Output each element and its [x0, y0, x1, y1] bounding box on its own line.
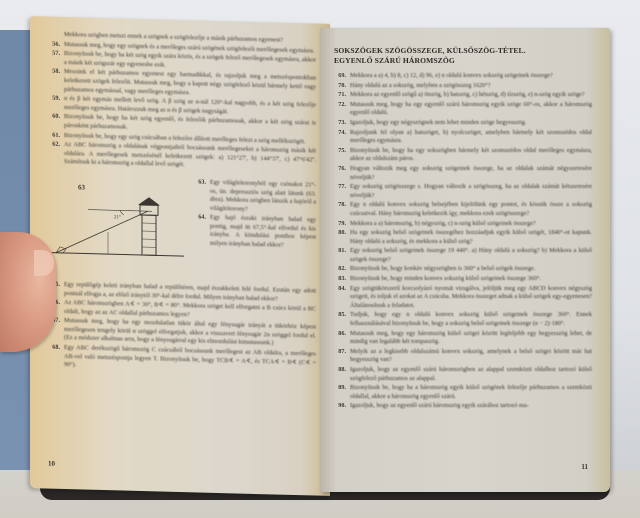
exercise-text: Igazoljuk, hogy az egyenlő szárú háromsz…: [350, 366, 592, 383]
lighthouse-figure: 6321°: [48, 174, 188, 278]
exercise-number: 80.: [334, 229, 350, 246]
exercise-number: 60.: [48, 113, 64, 131]
exercise-text: Egy sokszög szögösszege s. Hogyan változ…: [350, 183, 592, 200]
exercise-text: Tudjuk, hogy egy n oldalú konvex sokszög…: [350, 311, 592, 328]
lighthouse-diagram-icon: 21°: [48, 174, 188, 278]
exercise-number: 61.: [48, 131, 64, 140]
exercise-item: 86. Mutassuk meg, hogy egy háromszög kül…: [334, 330, 592, 347]
exercise-text: Egy világítótoronyból egy csónakot 21°-o…: [210, 179, 316, 216]
exercise-number: 83.: [334, 275, 350, 284]
exercise-text: Igazoljuk, hogy egy négyszögnek nem lehe…: [350, 119, 592, 128]
exercise-number: 90.: [334, 402, 350, 411]
exercise-text: Egy szögtükörszerű korcsolyázó nyomát vi…: [350, 285, 592, 311]
exercise-item: 84. Egy szögtükörszerű korcsolyázó nyomá…: [334, 285, 592, 311]
exercise-number: [48, 31, 64, 40]
figure-row: 6321° 63. Egy világítótoronyból egy csón…: [48, 174, 316, 281]
exercise-item: 74. Rajzoljunk fel olyan a) hatszöget, b…: [334, 129, 592, 146]
exercise-text: Hogyan változik meg egy sokszög szögeine…: [350, 165, 592, 182]
exercise-number: 63.: [194, 178, 210, 213]
exercise-item: 78. Egy n oldalú konvex sokszög belsejéb…: [334, 201, 592, 218]
exercise-text: Bizonyítsuk be, hogy ha egy sokszögben b…: [350, 147, 592, 164]
exercise-number: 62.: [48, 141, 64, 167]
exercise-item: 64. Egy hajó északi irányban halad egy p…: [194, 214, 316, 252]
exercise-number: 79.: [334, 220, 350, 229]
right-page-number: 11: [581, 463, 588, 472]
exercise-number: 86.: [334, 330, 350, 347]
exercise-text: Mekkora a a) háromszög, b) négyszög, c) …: [350, 220, 592, 229]
exercise-number: 70.: [334, 82, 350, 91]
svg-text:21°: 21°: [114, 215, 121, 220]
exercise-number: 56.: [48, 40, 64, 49]
exercise-number: 88.: [334, 366, 350, 383]
exercise-text: Egy n oldalú konvex sokszög belsejében k…: [350, 201, 592, 218]
exercise-text: Bizonyítsuk be, hogy minden konvex soksz…: [350, 275, 592, 284]
exercise-number: 81.: [334, 247, 350, 264]
exercise-text: Hány oldalú az a sokszög, melyben a szög…: [350, 82, 592, 91]
exercise-item: 76. Hogyan változik meg egy sokszög szög…: [334, 165, 592, 182]
exercise-number: 68.: [48, 344, 64, 370]
exercise-number: 76.: [334, 165, 350, 182]
left-page-number: 10: [48, 460, 55, 469]
exercise-item: 69. Mekkora a a) 4, b) 8, c) 12, d) 96, …: [334, 72, 592, 81]
chapter-heading: SOKSZÖGEK SZÖGÖSSZEGE, KÜLSŐSZÖG-TÉTEL. …: [334, 46, 592, 66]
exercise-item: 73. Igazoljuk, hogy egy négyszögnek nem …: [334, 119, 592, 128]
exercise-text: Rajzoljunk fel olyan a) hatszöget, b) ny…: [350, 129, 592, 146]
exercise-item: 79. Mekkora a a) háromszög, b) négyszög,…: [334, 220, 592, 229]
right-page-content: SOKSZÖGEK SZÖGÖSSZEGE, KÜLSŐSZÖG-TÉTEL. …: [334, 46, 592, 412]
exercise-text: Bizonyítsuk be, hogy konkáv négyszögben …: [350, 265, 592, 274]
exercise-list: 69. Mekkora a a) 4, b) 8, c) 12, d) 96, …: [334, 72, 592, 411]
exercise-item: 85. Tudjuk, hogy egy n oldalú konvex sok…: [334, 311, 592, 328]
exercise-text: Bizonyítsuk be, hogy ha a háromszög egyi…: [350, 384, 592, 401]
exercise-number: 64.: [194, 214, 210, 249]
left-page-content: Mekkora szögben metszi ennek a szögnek a…: [48, 31, 316, 378]
exercise-item: 70. Hány oldalú az a sokszög, melyben a …: [334, 82, 592, 91]
exercise-item: 82. Bizonyítsuk be, hogy konkáv négyszög…: [334, 265, 592, 274]
exercise-item: 80. Ha egy sokszög belső szögeinek össze…: [334, 229, 592, 246]
exercise-item: 72. Mutassuk meg, hogy ha egy egyenlő sz…: [334, 101, 592, 118]
exercise-item: 83. Bizonyítsuk be, hogy minden konvex s…: [334, 275, 592, 284]
exercise-text: Egy hajó északi irányban halad egy ponti…: [210, 214, 316, 251]
exercise-text: Igazoljuk, hogy az egyenlő szárú háromsz…: [350, 402, 592, 411]
exercise-number: 57.: [48, 50, 64, 68]
exercise-item: 87. Melyik az a legkisebb oldalszámú kon…: [334, 348, 592, 365]
exercise-number: 59.: [48, 95, 64, 113]
exercise-item: 63. Egy világítótoronyból egy csónakot 2…: [194, 178, 316, 216]
exercise-item: 75. Bizonyítsuk be, hogy ha egy sokszögb…: [334, 147, 592, 164]
exercise-number: 58.: [48, 68, 64, 94]
exercise-number: 84.: [334, 285, 350, 311]
exercise-number: 71.: [334, 91, 350, 100]
exercise-number: 85.: [334, 311, 350, 328]
exercise-number: 89.: [334, 384, 350, 401]
exercise-number: 87.: [334, 348, 350, 365]
heading-line-1: SOKSZÖGEK SZÖGÖSSZEGE, KÜLSŐSZÖG-TÉTEL.: [334, 46, 592, 56]
exercise-number: 72.: [334, 101, 350, 118]
exercise-text: Az ABC háromszög a oldalának végpontjaib…: [64, 141, 316, 173]
left-page: Mekkora szögben metszi ennek a szögnek a…: [30, 16, 330, 496]
exercise-number: 73.: [334, 119, 350, 128]
exercise-text: Egy sokszög belső szögeinek összege 19 4…: [350, 247, 592, 264]
exercise-number: 77.: [334, 183, 350, 200]
right-page: SOKSZÖGEK SZÖGÖSSZEGE, KÜLSŐSZÖG-TÉTEL. …: [320, 28, 610, 492]
exercise-number: 78.: [334, 201, 350, 218]
exercise-number: 69.: [334, 72, 350, 81]
exercise-number: 82.: [334, 265, 350, 274]
exercise-text: Mutassuk meg, hogy ha egy egyenlő szárú …: [350, 101, 592, 118]
exercise-item: 89. Bizonyítsuk be, hogy ha a háromszög …: [334, 384, 592, 401]
figure-side-exercises: 63. Egy világítótoronyból egy csónakot 2…: [188, 178, 316, 281]
exercise-item: 88. Igazoljuk, hogy az egyenlő szárú hár…: [334, 366, 592, 383]
exercise-number: 74.: [334, 129, 350, 146]
heading-line-2: EGYENLŐ SZÁRÚ HÁROMSZÖG: [334, 56, 592, 66]
exercise-text: Mekkora az egyenlő szögű a) ötszög, b) h…: [350, 91, 592, 100]
figure-label: 63: [78, 183, 85, 192]
exercise-number: 75.: [334, 147, 350, 164]
exercise-item: 90. Igazoljuk, hogy az egyenlő szárú hár…: [334, 402, 592, 411]
exercise-text: Ha egy sokszög belső szögeinek összegéhe…: [350, 229, 592, 246]
exercise-item: 81. Egy sokszög belső szögeinek összege …: [334, 247, 592, 264]
exercise-text: Egy ABC derékszögű háromszög C csúcsából…: [64, 344, 316, 376]
exercise-item: 77. Egy sokszög szögösszege s. Hogyan vá…: [334, 183, 592, 200]
exercise-item: 71. Mekkora az egyenlő szögű a) ötszög, …: [334, 91, 592, 100]
exercise-text: Melyik az a legkisebb oldalszámú konvex …: [350, 348, 592, 365]
exercise-text: Mutassuk meg, hogy egy háromszög külső s…: [350, 330, 592, 347]
exercise-text: Mekkora a a) 4, b) 8, c) 12, d) 96, e) n…: [350, 72, 592, 81]
